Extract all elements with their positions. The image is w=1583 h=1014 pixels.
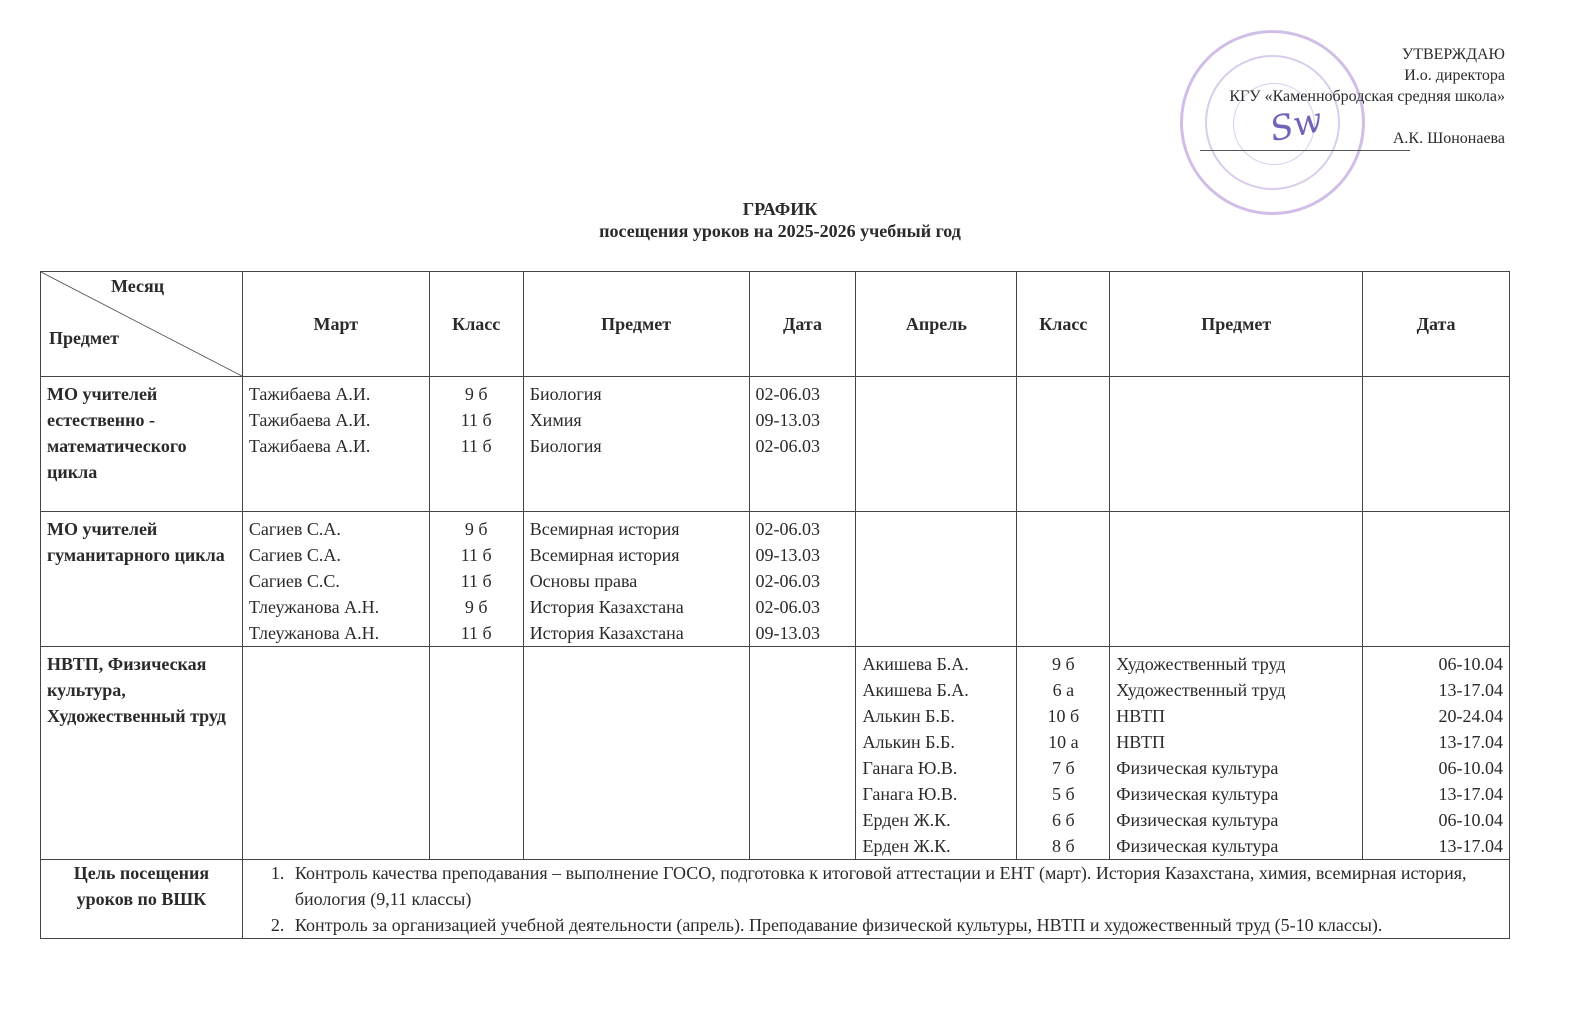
april-classes (1017, 377, 1110, 512)
header-subject: Предмет (1110, 272, 1363, 377)
cell-line: Акишева Б.А. (862, 677, 1010, 703)
cell-line: Акишева Б.А. (862, 651, 1010, 677)
cell-line: 13-17.04 (1369, 833, 1503, 859)
cell-line: 13-17.04 (1369, 781, 1503, 807)
header-row: Месяц Предмет Март Класс Предмет Дата Ап… (41, 272, 1510, 377)
march-subjects: Всемирная историяВсемирная историяОсновы… (523, 512, 749, 647)
cell-line: Физическая культура (1116, 755, 1356, 781)
document-title-block: ГРАФИК посещения уроков на 2025-2026 уче… (0, 198, 1560, 242)
cell-line: Физическая культура (1116, 833, 1356, 859)
header-april: Апрель (856, 272, 1017, 377)
march-dates: 02-06.0309-13.0302-06.0302-06.0309-13.03 (749, 512, 856, 647)
cell-line: Сагиев С.С. (249, 568, 423, 594)
header-date: Дата (1363, 272, 1510, 377)
cell-line: 11 б (436, 568, 517, 594)
cell-line: 7 б (1023, 755, 1103, 781)
march-subjects: БиологияХимияБиология (523, 377, 749, 512)
cell-line: 6 а (1023, 677, 1103, 703)
cell-line: 10 а (1023, 729, 1103, 755)
april-subjects (1110, 512, 1363, 647)
cell-line: 02-06.03 (756, 381, 850, 407)
cell-line: Химия (530, 407, 743, 433)
cell-line: 13-17.04 (1369, 677, 1503, 703)
corner-month-label: Месяц (111, 276, 164, 297)
cell-line: 20-24.04 (1369, 703, 1503, 729)
cell-line: 06-10.04 (1369, 651, 1503, 677)
march-classes (429, 647, 523, 860)
april-subjects: Художественный трудХудожественный трудНВ… (1110, 647, 1363, 860)
cell-line: НВТП (1116, 729, 1356, 755)
march-classes: 9 б11 б11 б9 б11 б (429, 512, 523, 647)
corner-header: Месяц Предмет (41, 272, 243, 377)
goal-content: Контроль качества преподавания – выполне… (242, 860, 1509, 939)
cell-line: Основы права (530, 568, 743, 594)
march-teachers (242, 647, 429, 860)
april-dates: 06-10.0413-17.0420-24.0413-17.0406-10.04… (1363, 647, 1510, 860)
cell-line: 8 б (1023, 833, 1103, 859)
cell-line: 06-10.04 (1369, 755, 1503, 781)
group-name: МО учителей естественно - математическог… (41, 377, 243, 512)
cell-line: Физическая культура (1116, 781, 1356, 807)
header-class: Класс (1017, 272, 1110, 377)
cell-line: 10 б (1023, 703, 1103, 729)
approval-name: А.К. Шононаева (1229, 128, 1505, 149)
cell-line: 06-10.04 (1369, 807, 1503, 833)
header-march: Март (242, 272, 429, 377)
cell-line: 9 б (1023, 651, 1103, 677)
cell-line: Биология (530, 433, 743, 459)
cell-line: 9 б (436, 516, 517, 542)
april-teachers (856, 512, 1017, 647)
cell-line: 02-06.03 (756, 568, 850, 594)
cell-line: Сагиев С.А. (249, 516, 423, 542)
cell-line: Ерден Ж.К. (862, 807, 1010, 833)
cell-line: 11 б (436, 433, 517, 459)
march-dates: 02-06.0309-13.0302-06.03 (749, 377, 856, 512)
goal-item: Контроль за организацией учебной деятель… (289, 912, 1503, 938)
cell-line: 02-06.03 (756, 594, 850, 620)
group-row: НВТП, Физическая культура, Художественны… (41, 647, 1510, 860)
cell-line: Тлеужанова А.Н. (249, 620, 423, 646)
goal-row: Цель посещения уроков по ВШК Контроль ка… (41, 860, 1510, 939)
cell-line: Тажибаева А.И. (249, 433, 423, 459)
march-teachers: Сагиев С.А.Сагиев С.А.Сагиев С.С.Тлеужан… (242, 512, 429, 647)
goal-list: Контроль качества преподавания – выполне… (249, 860, 1503, 938)
cell-line: Физическая культура (1116, 807, 1356, 833)
group-row: МО учителей гуманитарного цикла Сагиев С… (41, 512, 1510, 647)
april-teachers (856, 377, 1017, 512)
header-subject: Предмет (523, 272, 749, 377)
signature-line (1200, 150, 1410, 151)
cell-line: Ганага Ю.В. (862, 755, 1010, 781)
april-dates (1363, 512, 1510, 647)
cell-line: Тлеужанова А.Н. (249, 594, 423, 620)
document-subtitle: посещения уроков на 2025-2026 учебный го… (0, 220, 1560, 242)
approval-block: УТВЕРЖДАЮ И.о. директора КГУ «Каменнобро… (1229, 44, 1505, 149)
group-name: НВТП, Физическая культура, Художественны… (41, 647, 243, 860)
group-row: МО учителей естественно - математическог… (41, 377, 1510, 512)
cell-line: 5 б (1023, 781, 1103, 807)
cell-line: История Казахстана (530, 620, 743, 646)
header-date: Дата (749, 272, 856, 377)
cell-line: 09-13.03 (756, 542, 850, 568)
cell-line: Алькин Б.Б. (862, 729, 1010, 755)
cell-line: Художественный труд (1116, 677, 1356, 703)
april-classes (1017, 512, 1110, 647)
april-classes: 9 б6 а10 б10 а7 б5 б6 б8 б (1017, 647, 1110, 860)
april-subjects (1110, 377, 1363, 512)
cell-line: Тажибаева А.И. (249, 381, 423, 407)
cell-line: 9 б (436, 381, 517, 407)
cell-line: История Казахстана (530, 594, 743, 620)
cell-line: 9 б (436, 594, 517, 620)
cell-line: 11 б (436, 542, 517, 568)
schedule-table: Месяц Предмет Март Класс Предмет Дата Ап… (40, 271, 1510, 939)
cell-line: 02-06.03 (756, 433, 850, 459)
cell-line: Художественный труд (1116, 651, 1356, 677)
document-title: ГРАФИК (0, 198, 1560, 220)
group-name: МО учителей гуманитарного цикла (41, 512, 243, 647)
cell-line: Биология (530, 381, 743, 407)
cell-line: Всемирная история (530, 542, 743, 568)
cell-line: 09-13.03 (756, 407, 850, 433)
april-dates (1363, 377, 1510, 512)
approval-position: И.о. директора (1229, 65, 1505, 86)
cell-line: Всемирная история (530, 516, 743, 542)
cell-line: 11 б (436, 407, 517, 433)
cell-line: Ганага Ю.В. (862, 781, 1010, 807)
march-subjects (523, 647, 749, 860)
cell-line: 02-06.03 (756, 516, 850, 542)
march-teachers: Тажибаева А.И.Тажибаева А.И.Тажибаева А.… (242, 377, 429, 512)
goal-item: Контроль качества преподавания – выполне… (289, 860, 1503, 912)
cell-line: 09-13.03 (756, 620, 850, 646)
corner-subject-label: Предмет (49, 328, 119, 349)
cell-line: НВТП (1116, 703, 1356, 729)
april-teachers: Акишева Б.А.Акишева Б.А.Алькин Б.Б.Альки… (856, 647, 1017, 860)
march-classes: 9 б11 б11 б (429, 377, 523, 512)
march-dates (749, 647, 856, 860)
approval-title: УТВЕРЖДАЮ (1229, 44, 1505, 65)
cell-line: Ерден Ж.К. (862, 833, 1010, 859)
header-class: Класс (429, 272, 523, 377)
cell-line: Алькин Б.Б. (862, 703, 1010, 729)
goal-label: Цель посещения уроков по ВШК (41, 860, 243, 939)
cell-line: 6 б (1023, 807, 1103, 833)
cell-line: Сагиев С.А. (249, 542, 423, 568)
approval-org: КГУ «Каменнобродская средняя школа» (1229, 86, 1505, 107)
cell-line: 11 б (436, 620, 517, 646)
cell-line: 13-17.04 (1369, 729, 1503, 755)
cell-line: Тажибаева А.И. (249, 407, 423, 433)
